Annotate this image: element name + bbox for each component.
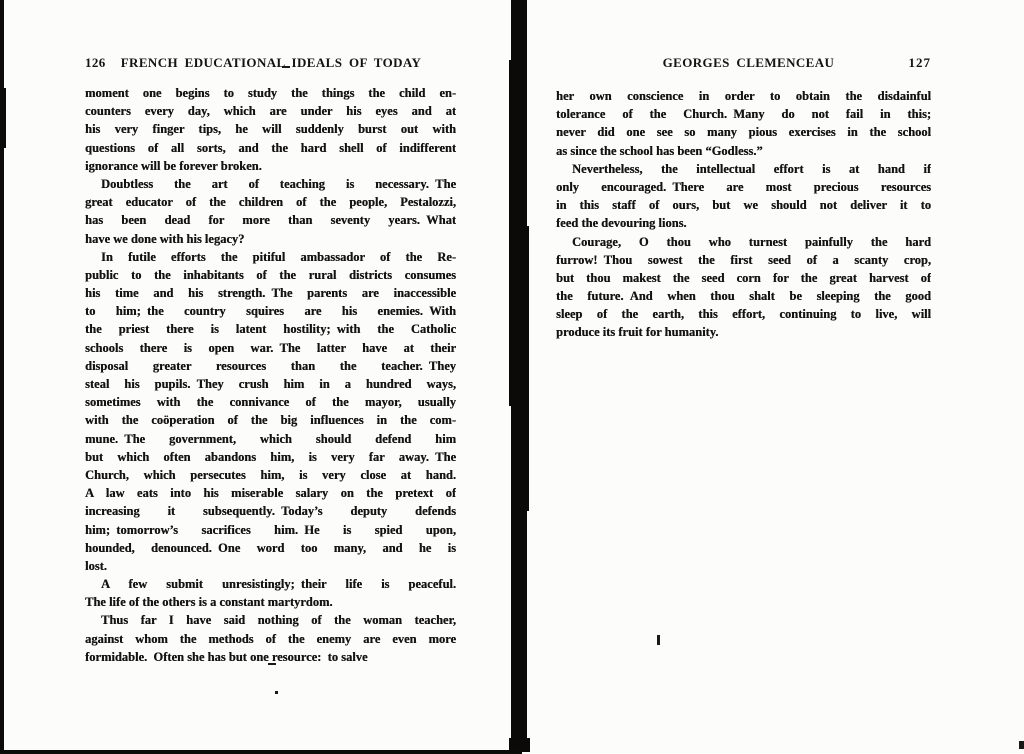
text-line: have we done with his legacy? bbox=[85, 230, 456, 248]
paragraph: her own conscience in order to obtain th… bbox=[556, 87, 931, 160]
right-page-body: her own conscience in order to obtain th… bbox=[556, 87, 931, 342]
text-line: The life of the others is a constant mar… bbox=[85, 593, 456, 611]
text-line: only encouraged. There are most precious… bbox=[556, 178, 931, 196]
text-line: public to the inhabitants of the rural d… bbox=[85, 266, 456, 284]
scan-speck bbox=[1019, 741, 1024, 749]
text-line: Doubtless the art of teaching is necessa… bbox=[85, 175, 456, 193]
right-running-head: GEORGES CLEMENCEAU 127 bbox=[556, 55, 931, 71]
book-scan: 126 FRENCH EDUCATIONAL IDEALS OF TODAY m… bbox=[0, 0, 1024, 754]
scan-speck bbox=[268, 663, 276, 665]
paragraph: In futile efforts the pitiful ambassador… bbox=[85, 248, 456, 575]
paragraph: Courage, O thou who turnest painfully th… bbox=[556, 233, 931, 342]
scan-speck bbox=[282, 66, 290, 68]
scan-speck bbox=[275, 691, 278, 694]
left-running-head: 126 FRENCH EDUCATIONAL IDEALS OF TODAY bbox=[85, 55, 456, 71]
paragraph: Thus far I have said nothing of the woma… bbox=[85, 611, 456, 666]
scan-left-edge bbox=[0, 0, 4, 754]
left-page-title: FRENCH EDUCATIONAL IDEALS OF TODAY bbox=[121, 55, 422, 71]
text-line: mune. The government, which should defen… bbox=[85, 430, 456, 448]
text-line: increasing it subsequently. Today’s depu… bbox=[85, 502, 456, 520]
text-line: moment one begins to study the things th… bbox=[85, 84, 456, 102]
text-line: never did one see so many pious exercise… bbox=[556, 123, 931, 141]
text-line: lost. bbox=[85, 557, 456, 575]
text-line: his very finger tips, he will suddenly b… bbox=[85, 120, 456, 138]
text-line: the priest there is latent hostility; wi… bbox=[85, 320, 456, 338]
book-gutter bbox=[511, 0, 527, 752]
text-line: Courage, O thou who turnest painfully th… bbox=[556, 233, 931, 251]
text-line: him; tomorrow’s sacrifices him. He is sp… bbox=[85, 521, 456, 539]
text-line: as since the school has been “Godless.” bbox=[556, 142, 931, 160]
text-line: feed the devouring lions. bbox=[556, 214, 931, 232]
text-line: his time and his strength. The parents a… bbox=[85, 284, 456, 302]
text-line: to him; the country squires are his enem… bbox=[85, 302, 456, 320]
text-line: furrow! Thou sowest the first seed of a … bbox=[556, 251, 931, 269]
text-line: schools there is open war. The latter ha… bbox=[85, 339, 456, 357]
text-line: but thou makest the seed corn for the gr… bbox=[556, 269, 931, 287]
text-line: counters every day, which are under his … bbox=[85, 102, 456, 120]
paragraph: A few submit unresistingly; their life i… bbox=[85, 575, 456, 611]
text-line: but which often abandons him, is very fa… bbox=[85, 448, 456, 466]
text-line: A law eats into his miserable salary on … bbox=[85, 484, 456, 502]
text-line: questions of all sorts, and the hard she… bbox=[85, 139, 456, 157]
text-line: disposal greater resources than the teac… bbox=[85, 357, 456, 375]
text-line: has been dead for more than seventy year… bbox=[85, 211, 456, 229]
text-line: produce its fruit for humanity. bbox=[556, 323, 931, 341]
text-line: great educator of the children of the pe… bbox=[85, 193, 456, 211]
text-line: ignorance will be forever broken. bbox=[85, 157, 456, 175]
right-page-title: GEORGES CLEMENCEAU bbox=[663, 55, 835, 70]
text-line: Thus far I have said nothing of the woma… bbox=[85, 611, 456, 629]
paragraph: moment one begins to study the things th… bbox=[85, 84, 456, 175]
right-page-number: 127 bbox=[909, 55, 932, 71]
scan-speck bbox=[657, 635, 660, 645]
text-line: Church, which persecutes him, is very cl… bbox=[85, 466, 456, 484]
text-line: in this staff of ours, but we should not… bbox=[556, 196, 931, 214]
text-line: with the coöperation of the big influenc… bbox=[85, 411, 456, 429]
left-page-body: moment one begins to study the things th… bbox=[85, 84, 456, 666]
left-page-number: 126 bbox=[85, 55, 106, 71]
paragraph: Doubtless the art of teaching is necessa… bbox=[85, 175, 456, 248]
text-line: Nevertheless, the intellectual effort is… bbox=[556, 160, 931, 178]
text-line: tolerance of the Church. Many do not fai… bbox=[556, 105, 931, 123]
text-line: sometimes with the connivance of the may… bbox=[85, 393, 456, 411]
text-line: her own conscience in order to obtain th… bbox=[556, 87, 931, 105]
text-line: the future. And when thou shalt be sleep… bbox=[556, 287, 931, 305]
text-line: steal his pupils. They crush him in a hu… bbox=[85, 375, 456, 393]
text-line: A few submit unresistingly; their life i… bbox=[85, 575, 456, 593]
text-line: sleep of the earth, this effort, continu… bbox=[556, 305, 931, 323]
text-line: In futile efforts the pitiful ambassador… bbox=[85, 248, 456, 266]
paragraph: Nevertheless, the intellectual effort is… bbox=[556, 160, 931, 233]
scan-bottom-edge bbox=[0, 750, 522, 754]
text-line: hounded, denounced. One word too many, a… bbox=[85, 539, 456, 557]
text-line: against whom the methods of the enemy ar… bbox=[85, 630, 456, 648]
